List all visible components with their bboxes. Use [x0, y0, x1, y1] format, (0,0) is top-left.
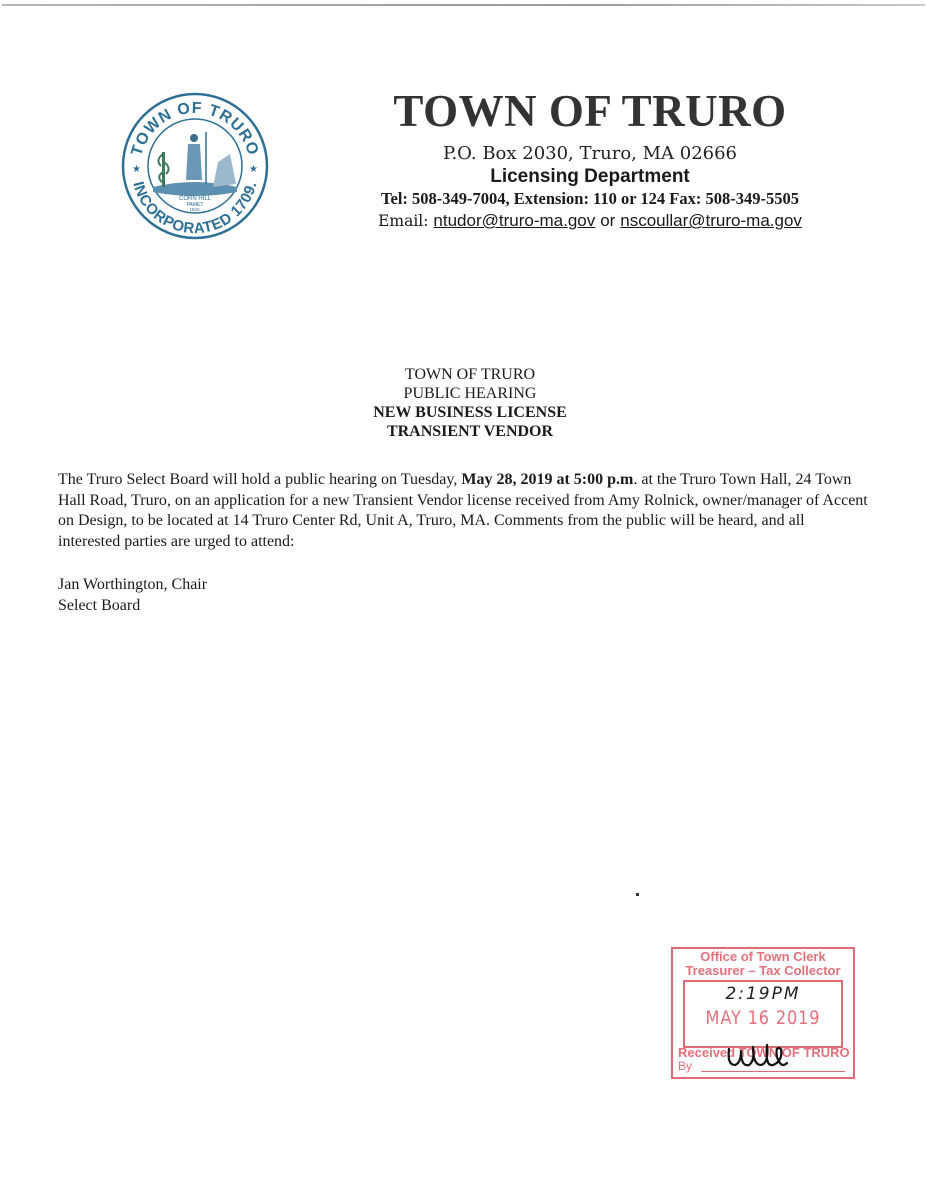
top-scan-edge	[2, 4, 925, 6]
notice-line-town: TOWN OF TRURO	[300, 365, 640, 384]
letterhead: TOWN OF TRURO P.O. Box 2030, Truro, MA 0…	[340, 84, 840, 232]
stamp-treasurer-line: Treasurer – Tax Collector	[673, 964, 853, 978]
notice-line-vendor: TRANSIENT VENDOR	[300, 422, 640, 441]
email-label: Email:	[378, 212, 428, 230]
scan-speck	[636, 893, 639, 896]
signature-block: Jan Worthington, Chair Select Board	[58, 575, 207, 616]
svg-text:1620.: 1620.	[189, 207, 200, 212]
hearing-paragraph: The Truro Select Board will hold a publi…	[58, 470, 868, 552]
hearing-date-time: May 28, 2019 at 5:00 p.m	[461, 471, 633, 488]
mailing-address: P.O. Box 2030, Truro, MA 02666	[340, 142, 840, 166]
town-title: TOWN OF TRURO	[340, 84, 840, 138]
town-seal-logo: TOWN OF TRURO INCORPORATED 1709. ★ ★ COR…	[118, 92, 272, 240]
signer-title: Select Board	[58, 596, 207, 617]
email-link-ntudor[interactable]: ntudor@truro-ma.gov	[433, 211, 595, 230]
handwritten-initials	[725, 1035, 795, 1073]
email-link-nscoullar[interactable]: nscoullar@truro-ma.gov	[620, 211, 802, 230]
notice-line-license: NEW BUSINESS LICENSE	[300, 403, 640, 422]
signer-name: Jan Worthington, Chair	[58, 575, 207, 596]
phone-line: Tel: 508-349-7004, Extension: 110 or 124…	[340, 188, 840, 210]
stamp-date: MAY 16 2019	[697, 1007, 830, 1029]
svg-text:★: ★	[249, 164, 258, 175]
stamp-office-line: Office of Town Clerk	[673, 950, 853, 964]
email-joiner: or	[600, 211, 615, 230]
email-line: Email: ntudor@truro-ma.gov or nscoullar@…	[340, 210, 840, 232]
received-stamp: Office of Town Clerk Treasurer – Tax Col…	[671, 947, 855, 1079]
department-name: Licensing Department	[340, 166, 840, 188]
stamp-by-label: By	[678, 1060, 692, 1073]
notice-line-hearing: PUBLIC HEARING	[300, 384, 640, 403]
stamp-handwritten-time: 2:19PM	[685, 984, 841, 1004]
paragraph-intro: The Truro Select Board will hold a publi…	[58, 471, 461, 488]
notice-heading: TOWN OF TRURO PUBLIC HEARING NEW BUSINES…	[300, 365, 640, 441]
svg-text:★: ★	[132, 164, 141, 175]
